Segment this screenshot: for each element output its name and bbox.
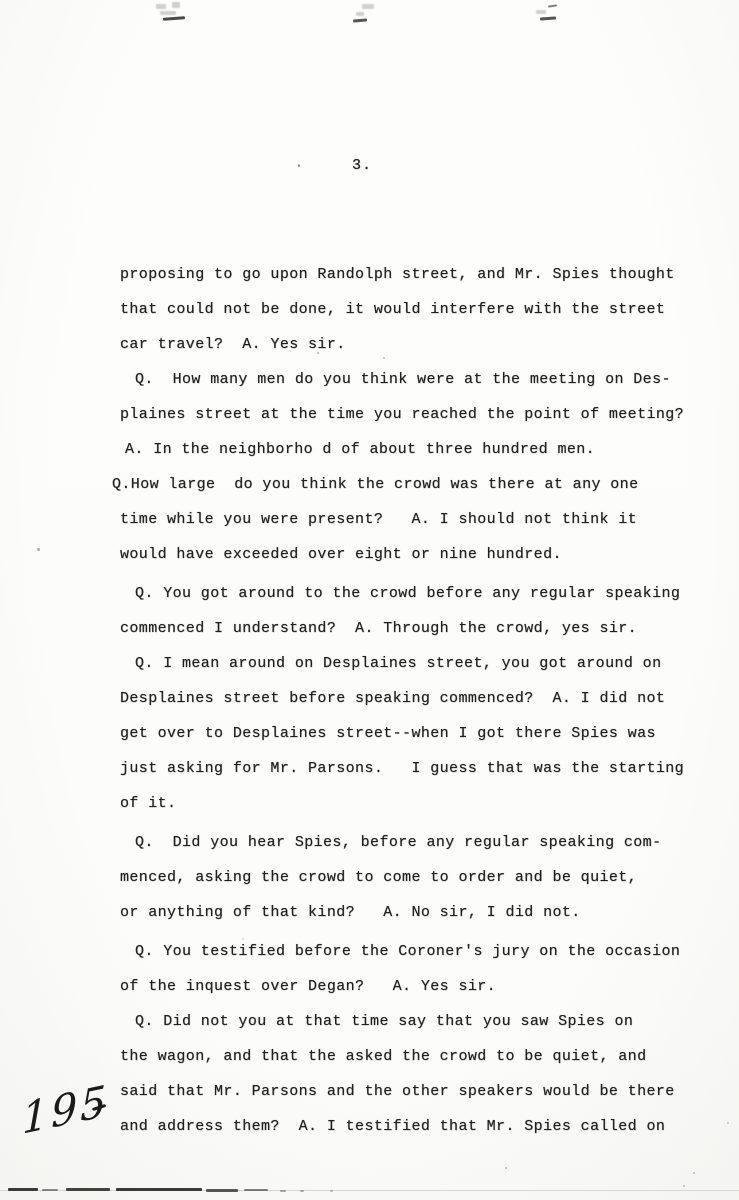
transcript-line: proposing to go upon Randolph street, an… xyxy=(120,257,710,292)
transcript-line: commenced I understand? A. Through the c… xyxy=(120,611,710,646)
transcript-line: or anything of that kind? A. No sir, I d… xyxy=(120,895,710,930)
transcript-line: of the inquest over Degan? A. Yes sir. xyxy=(120,969,710,1004)
transcript-line: Q. You got around to the crowd before an… xyxy=(120,576,710,611)
transcript-line: plaines street at the time you reached t… xyxy=(120,397,710,432)
transcript-line: Q.How large do you think the crowd was t… xyxy=(112,467,710,502)
transcript-line: get over to Desplaines street--when I go… xyxy=(120,716,710,751)
transcript-line: said that Mr. Parsons and the other spea… xyxy=(120,1074,710,1109)
transcript-line: of it. xyxy=(120,786,710,821)
transcript-text-block: proposing to go upon Randolph street, an… xyxy=(120,257,710,1144)
transcript-line: Q. Did not you at that time say that you… xyxy=(120,1004,710,1039)
transcript-line: Q. I mean around on Desplaines street, y… xyxy=(120,646,710,681)
transcript-line: Q. Did you hear Spies, before any regula… xyxy=(120,825,710,860)
transcript-line: would have exceeded over eight or nine h… xyxy=(120,537,710,572)
transcript-line: Q. How many men do you think were at the… xyxy=(120,362,710,397)
transcript-line: car travel? A. Yes sir. xyxy=(120,327,710,362)
transcript-line: the wagon, and that the asked the crowd … xyxy=(120,1039,710,1074)
transcript-line: Desplaines street before speaking commen… xyxy=(120,681,710,716)
transcript-line: just asking for Mr. Parsons. I guess tha… xyxy=(120,751,710,786)
transcript-line: time while you were present? A. I should… xyxy=(120,502,710,537)
transcript-line: Q. You testified before the Coroner's ju… xyxy=(120,934,710,969)
stray-ink-dot: · xyxy=(295,158,303,173)
transcript-line: that could not be done, it would interfe… xyxy=(120,292,710,327)
transcript-line: and address them? A. I testified that Mr… xyxy=(120,1109,710,1144)
page-number: 3. xyxy=(352,156,372,176)
transcript-line: menced, asking the crowd to come to orde… xyxy=(120,860,710,895)
transcript-line: A. In the neighborho d of about three hu… xyxy=(120,432,710,467)
